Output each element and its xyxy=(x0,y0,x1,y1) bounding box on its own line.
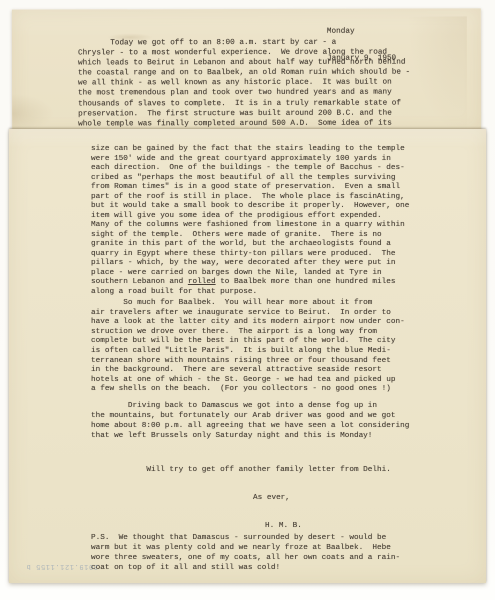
text-line: warm but it was plenty cold and we nearl… xyxy=(91,543,400,553)
text-line: preservation. The first structure was bu… xyxy=(78,108,410,119)
text-line: air travelers after we inaugurate servic… xyxy=(91,309,405,319)
text-line: part of the roof is still in place. The … xyxy=(91,193,409,203)
text-line: along a road built for that purpose. xyxy=(91,288,409,298)
page2-paragraph-beirut: So much for Baalbek. You will hear more … xyxy=(91,299,405,395)
text-line: a few shells on the beach. (For you coll… xyxy=(91,385,405,395)
page2-paragraph-temple-details: size can be gained by the fact that the … xyxy=(91,145,409,297)
page2-paragraph-return-drive: Driving back to Damascus we got into a d… xyxy=(91,401,409,441)
date-day: Monday xyxy=(327,27,396,38)
text-line: have a look at the latter city and its m… xyxy=(91,318,405,328)
text-line: sight of the temple. Others were made of… xyxy=(91,231,409,241)
text-line: Many of the columns were fashioned from … xyxy=(91,221,409,231)
text-line: quarry in Egypt where these thirty-ton p… xyxy=(91,250,409,260)
text-line: wore three sweaters, one of my coats, al… xyxy=(91,553,400,563)
postscript-paragraph: P.S. We thought that Damascus - surround… xyxy=(91,533,400,573)
page1-paragraph-baalbek-drive: Today we got off to an 8:00 a.m. start b… xyxy=(78,38,410,130)
text-line: but it would take a small book to descri… xyxy=(91,202,409,212)
text-line: coat on top of it all and still was cold… xyxy=(91,563,400,573)
text-line: item will give you some idea of the prod… xyxy=(91,212,409,222)
text-line: pillars - which, by the way, were decora… xyxy=(91,259,409,269)
text-line: complete but will be the best in this pa… xyxy=(91,337,405,347)
text-line: whole temple was finally completed aroun… xyxy=(78,118,410,129)
text-line: in the background. There are several att… xyxy=(91,366,405,376)
paper-crease xyxy=(12,94,54,134)
text-line: home about 8:00 p.m. all agreeing that w… xyxy=(91,421,409,431)
text-line: Driving back to Damascus we got into a d… xyxy=(91,401,409,411)
page2-line-delhi: Will try to get off another family lette… xyxy=(91,449,391,491)
text-line: Will try to get off another family lette… xyxy=(91,465,391,475)
text-line: thousands of slaves to complete. It is i… xyxy=(78,98,410,109)
letter-page-2: size can be gained by the fact that the … xyxy=(9,129,486,583)
underlined-word: rolled xyxy=(188,278,216,286)
text-line: As ever, xyxy=(253,493,290,503)
paper-smudge xyxy=(407,16,467,136)
text-line: place - were carried on barges down the … xyxy=(91,269,409,279)
scanned-letter-backdrop: Monday January 9, 1950 Today we got off … xyxy=(0,0,495,600)
text-line: the most tremendous plan and took over t… xyxy=(78,88,410,99)
letter-page-1: Monday January 9, 1950 Today we got off … xyxy=(12,8,481,133)
text-line: size can be gained by the fact that the … xyxy=(91,145,409,155)
text-line: that we left Brussels only Saturday nigh… xyxy=(91,431,409,441)
text-line: cribed as "perhaps the most beautiful of… xyxy=(91,174,409,184)
text-line: southern Lebanon and rolled to Baalbek m… xyxy=(91,278,409,288)
text-line: the mountains, but fortunately our Arab … xyxy=(91,411,409,421)
text-line: So much for Baalbek. You will hear more … xyxy=(91,299,405,309)
text-line: terranean shore with mountains rising th… xyxy=(91,357,405,367)
text-line: struction we drove over there. The airpo… xyxy=(91,328,405,338)
text-line: hotels at one of which - the St. George … xyxy=(91,376,405,386)
text-line: granite in this part of the world, but t… xyxy=(91,240,409,250)
text-line: P.S. We thought that Damascus - surround… xyxy=(91,533,400,543)
archive-catalog-number: 2019.121.1155 b xyxy=(12,560,98,572)
text-line: is often called "Little Paris". It is bu… xyxy=(91,347,405,357)
text-line: H. M. B. xyxy=(265,521,302,531)
text-line: from Roman times" is in a good state of … xyxy=(91,183,409,193)
text-line: were 150' wide and the great courtyard a… xyxy=(91,155,409,165)
text-line: each direction. One of the buildings - t… xyxy=(91,164,409,174)
